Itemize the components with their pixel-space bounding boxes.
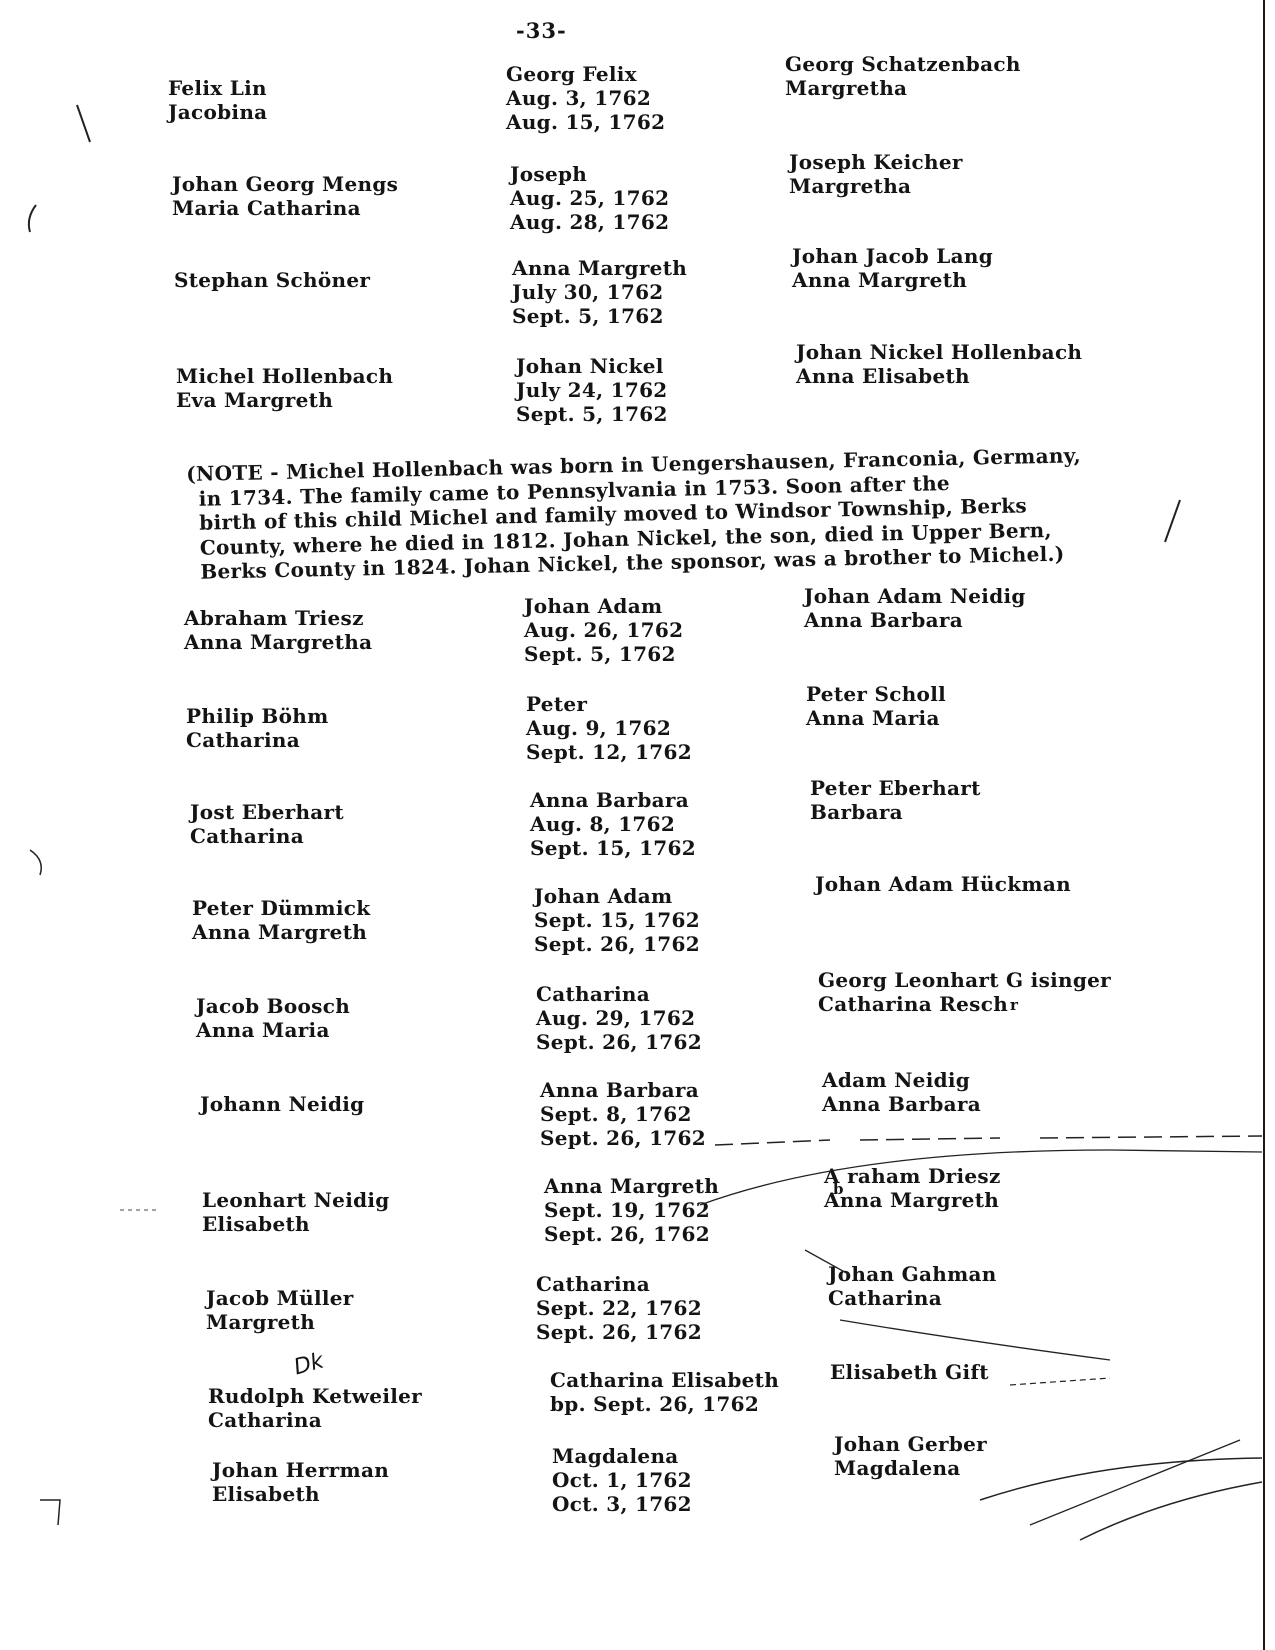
document-page: -33- Felix LinJacobinaGeorg FelixAug. 3,… [0, 0, 1275, 1650]
scan-marks [0, 0, 1275, 1650]
